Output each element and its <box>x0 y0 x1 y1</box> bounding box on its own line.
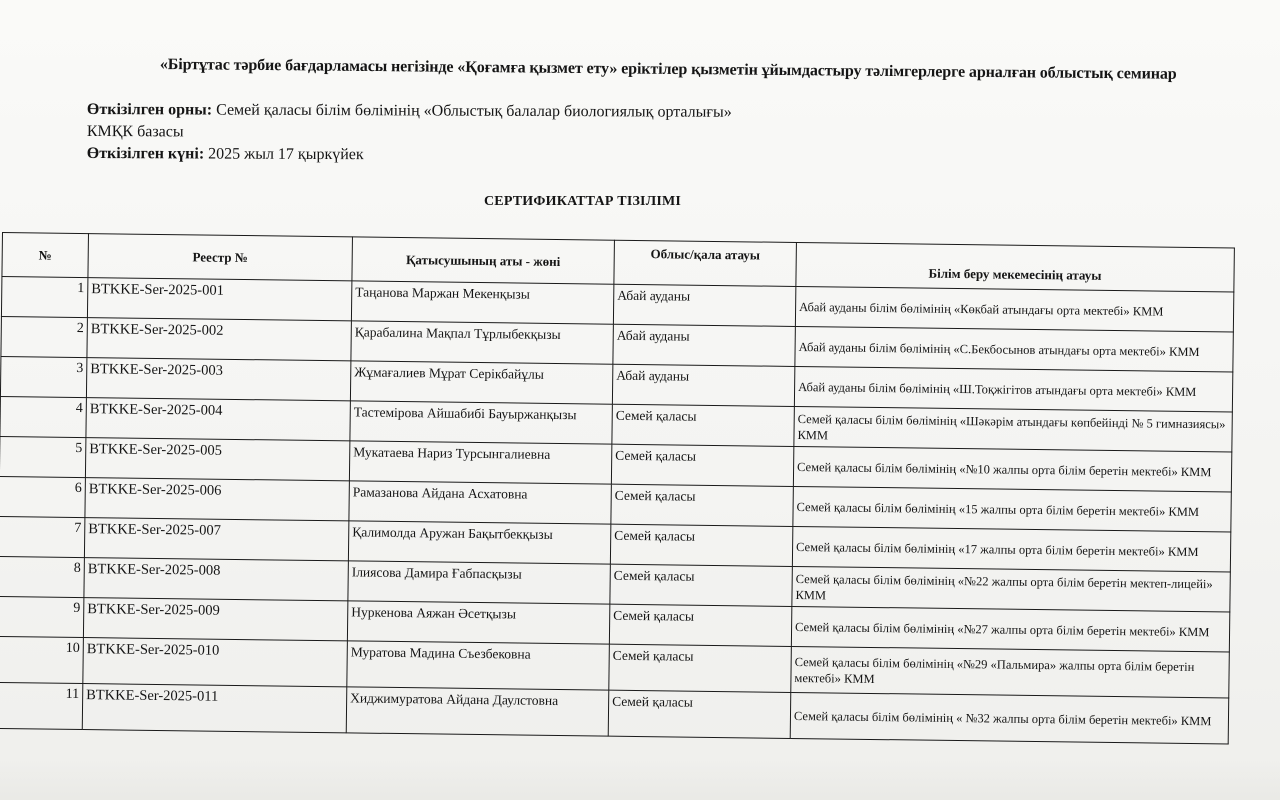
region-name: Семей қаласы <box>612 404 794 446</box>
region-name: Семей қаласы <box>610 524 792 566</box>
participant-name: Рамазанова Айдана Асхатовна <box>349 481 611 524</box>
region-name: Семей қаласы <box>610 564 792 606</box>
institution-name: Семей қаласы білім бөлімінің « №32 жалпы… <box>790 692 1229 744</box>
row-number: 7 <box>0 516 85 557</box>
row-number: 4 <box>0 396 86 437</box>
header-region: Облыс/қала атауы <box>614 240 797 286</box>
row-number: 2 <box>1 316 87 357</box>
participant-name: Қарабалина Мақпал Тұрлыбекқызы <box>351 321 613 364</box>
institution-name: Абай ауданы білім бөлімінің «Ш.Тоқжігіто… <box>794 366 1232 412</box>
registry-number: BTKKE-Ser-2025-010 <box>83 638 348 687</box>
header-institution: Білім беру мекемесінің атауы <box>796 242 1235 292</box>
venue-line-continued: КМҚК базасы <box>87 121 732 146</box>
scan-shadow <box>0 760 1280 800</box>
participant-name: Жұмағалиев Мұрат Серікбайұлы <box>350 361 612 404</box>
institution-name: Семей қаласы білім бөлімінің «№10 жалпы … <box>793 446 1231 492</box>
institution-name: Семей қаласы білім бөлімінің «№27 жалпы … <box>791 606 1229 652</box>
venue-label: Өткізілген орны: <box>87 101 212 119</box>
header-registry: Реестр № <box>88 234 353 281</box>
row-number: 9 <box>0 596 84 637</box>
certificate-registry-table: № Реестр № Қатысушының аты - жөні Облыс/… <box>0 232 1235 744</box>
row-number: 6 <box>0 476 85 517</box>
institution-name: Семей қаласы білім бөлімінің «№29 «Пальм… <box>791 646 1230 698</box>
registry-number: BTKKE-Ser-2025-002 <box>87 318 351 361</box>
institution-name: Семей қаласы білім бөлімінің «15 жалпы о… <box>793 486 1231 532</box>
participant-name: Муратова Мадина Съезбековна <box>347 641 610 690</box>
institution-name: Семей қаласы білім бөлімінің «№22 жалпы … <box>792 566 1230 612</box>
registry-number: BTKKE-Ser-2025-001 <box>87 278 351 321</box>
registry-heading: СЕРТИФИКАТТАР ТІЗІЛІМІ <box>484 194 681 210</box>
registry-number: BTKKE-Ser-2025-004 <box>86 398 350 441</box>
region-name: Абай ауданы <box>613 284 795 326</box>
participant-name: Ілиясова Дамира Ғабпасқызы <box>348 561 610 604</box>
participant-name: Нуркенова Аяжан Әсетқызы <box>347 601 609 644</box>
region-name: Семей қаласы <box>609 644 792 692</box>
date-line: Өткізілген күні: 2025 жыл 17 қыркүйек <box>87 143 732 168</box>
region-name: Семей қаласы <box>611 484 793 526</box>
header-num: № <box>2 233 89 278</box>
registry-number: BTKKE-Ser-2025-011 <box>82 684 347 733</box>
table-body: 1BTKKE-Ser-2025-001Таңанова Маржан Мекен… <box>0 277 1234 744</box>
row-number: 1 <box>1 277 87 318</box>
participant-name: Тастемірова Айшабибі Бауыржанқызы <box>350 401 612 444</box>
institution-name: Абай ауданы білім бөлімінің «Көкбай атын… <box>795 286 1233 332</box>
certificate-registry-table-container: № Реестр № Қатысушының аты - жөні Облыс/… <box>0 232 1234 744</box>
region-name: Семей қаласы <box>611 444 793 486</box>
registry-number: BTKKE-Ser-2025-006 <box>85 478 349 521</box>
region-name: Абай ауданы <box>612 364 794 406</box>
registry-number: BTKKE-Ser-2025-009 <box>83 598 347 641</box>
participant-name: Қалимолда Аружан Бақытбекқызы <box>348 521 610 564</box>
registry-number: BTKKE-Ser-2025-003 <box>86 358 350 401</box>
document-title: «Біртұтас тәрбие бағдарламасы негізінде … <box>160 56 1177 84</box>
registry-number: BTKKE-Ser-2025-005 <box>85 438 349 481</box>
event-details: Өткізілген орны: Семей қаласы білім бөлі… <box>87 99 732 168</box>
institution-name: Семей қаласы білім бөлімінің «17 жалпы о… <box>792 526 1230 572</box>
participant-name: Таңанова Маржан Мекенқызы <box>351 281 613 324</box>
row-number: 8 <box>0 556 84 597</box>
row-number: 10 <box>0 636 83 683</box>
row-number: 5 <box>0 436 86 477</box>
venue-value: Семей қаласы білім бөлімінің «Облыстық б… <box>212 102 732 121</box>
institution-name: Абай ауданы білім бөлімінің «С.Бекбосыно… <box>795 326 1233 372</box>
row-number: 11 <box>0 682 83 729</box>
row-number: 3 <box>0 356 86 397</box>
registry-number: BTKKE-Ser-2025-007 <box>84 518 348 561</box>
date-value: 2025 жыл 17 қыркүйек <box>204 146 364 164</box>
venue-line: Өткізілген орны: Семей қаласы білім бөлі… <box>87 99 732 124</box>
registry-number: BTKKE-Ser-2025-008 <box>84 558 348 601</box>
region-name: Абай ауданы <box>613 324 795 366</box>
header-participant-name: Қатысушының аты - жөні <box>352 237 615 284</box>
region-name: Семей қаласы <box>609 604 791 646</box>
institution-name: Семей қаласы білім бөлімінің «Шәкәрім ат… <box>794 406 1232 452</box>
participant-name: Мукатаева Нариз Турсынгалиевна <box>349 441 611 484</box>
region-name: Семей қаласы <box>608 690 791 738</box>
scanned-document-page: «Біртұтас тәрбие бағдарламасы негізінде … <box>0 0 1280 800</box>
date-label: Өткізілген күні: <box>87 145 204 163</box>
participant-name: Хиджимуратова Айдана Даулстовна <box>346 687 609 736</box>
